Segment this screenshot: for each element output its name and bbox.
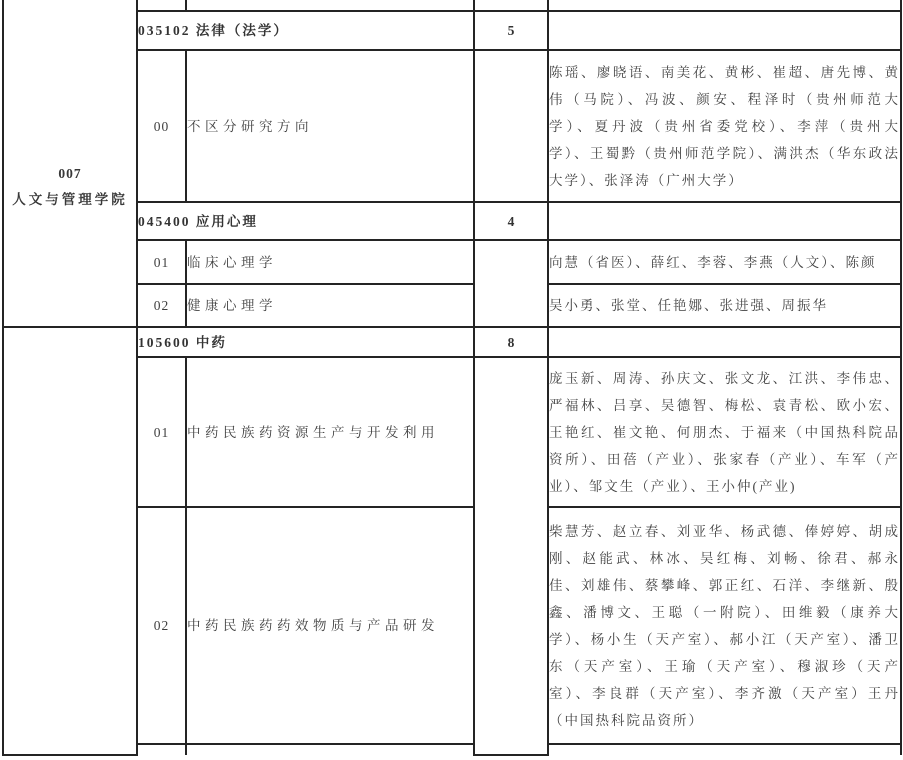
empty-cell xyxy=(548,11,901,50)
empty-cell xyxy=(548,327,901,357)
table-row-program-035102: 035102 法律（法学） 5 xyxy=(3,11,901,50)
supervisor-list: 吴小勇、张堂、任艳娜、张进强、周振华 xyxy=(548,284,901,327)
direction-name: 中药民族药药效物质与产品研发 xyxy=(186,507,474,744)
document-page: 007 人文与管理学院 035102 法律（法学） 5 00 不区分研究方向 陈… xyxy=(0,0,903,760)
quota-value: 4 xyxy=(474,202,548,240)
table-row-direction-02: 02 健康心理学 吴小勇、张堂、任艳娜、张进强、周振华 xyxy=(3,284,901,327)
empty-cell xyxy=(186,744,474,755)
supervisor-list: 向慧（省医）、薛红、李蓉、李燕（人文）、陈颜 xyxy=(548,240,901,284)
program-title: 105600 中药 xyxy=(137,327,474,357)
table-row-direction-01: 01 临床心理学 向慧（省医）、薛红、李蓉、李燕（人文）、陈颜 xyxy=(3,240,901,284)
quota-value: 5 xyxy=(474,11,548,50)
supervisor-list: 陈瑶、廖晓语、南美花、黄彬、崔超、唐先博、黄伟（马院）、冯波、颜安、程泽时（贵州… xyxy=(548,50,901,202)
direction-name: 临床心理学 xyxy=(186,240,474,284)
empty-cell xyxy=(548,0,901,11)
direction-code: 00 xyxy=(137,50,186,202)
program-title: 045400 应用心理 xyxy=(137,202,474,240)
quota-value: 8 xyxy=(474,327,548,357)
empty-cell xyxy=(186,0,474,11)
college-cell: 007 人文与管理学院 xyxy=(3,0,137,327)
table-row-direction-00: 00 不区分研究方向 陈瑶、廖晓语、南美花、黄彬、崔超、唐先博、黄伟（马院）、冯… xyxy=(3,50,901,202)
direction-code: 01 xyxy=(137,240,186,284)
merged-quota-cell xyxy=(474,357,548,755)
table-row-partial-bottom xyxy=(3,744,901,755)
supervisor-list: 庞玉新、周涛、孙庆文、张文龙、江洪、李伟忠、严福林、吕享、吴德智、梅松、袁青松、… xyxy=(548,357,901,507)
college-name: 人文与管理学院 xyxy=(4,187,136,213)
direction-name: 健康心理学 xyxy=(186,284,474,327)
college-cell-next xyxy=(3,327,137,755)
empty-cell xyxy=(137,744,186,755)
direction-name: 中药民族药资源生产与开发利用 xyxy=(186,357,474,507)
merged-quota-cell xyxy=(474,240,548,327)
empty-cell xyxy=(474,50,548,202)
college-code: 007 xyxy=(4,161,136,187)
direction-code: 02 xyxy=(137,284,186,327)
direction-code: 01 xyxy=(137,357,186,507)
direction-code: 02 xyxy=(137,507,186,744)
table-row-program-105600: 105600 中药 8 xyxy=(3,327,901,357)
table-row-program-045400: 045400 应用心理 4 xyxy=(3,202,901,240)
empty-cell xyxy=(474,0,548,11)
admissions-table: 007 人文与管理学院 035102 法律（法学） 5 00 不区分研究方向 陈… xyxy=(2,0,902,756)
table-row-partial-top: 007 人文与管理学院 xyxy=(3,0,901,11)
empty-cell xyxy=(548,202,901,240)
table-row-direction-02: 02 中药民族药药效物质与产品研发 柴慧芳、赵立春、刘亚华、杨武德、俸婷婷、胡成… xyxy=(3,507,901,744)
supervisor-list: 柴慧芳、赵立春、刘亚华、杨武德、俸婷婷、胡成刚、赵能武、林冰、吴红梅、刘畅、徐君… xyxy=(548,507,901,744)
table-row-direction-01: 01 中药民族药资源生产与开发利用 庞玉新、周涛、孙庆文、张文龙、江洪、李伟忠、… xyxy=(3,357,901,507)
program-title: 035102 法律（法学） xyxy=(137,11,474,50)
empty-cell xyxy=(548,744,901,755)
empty-cell xyxy=(137,0,186,11)
direction-name: 不区分研究方向 xyxy=(186,50,474,202)
